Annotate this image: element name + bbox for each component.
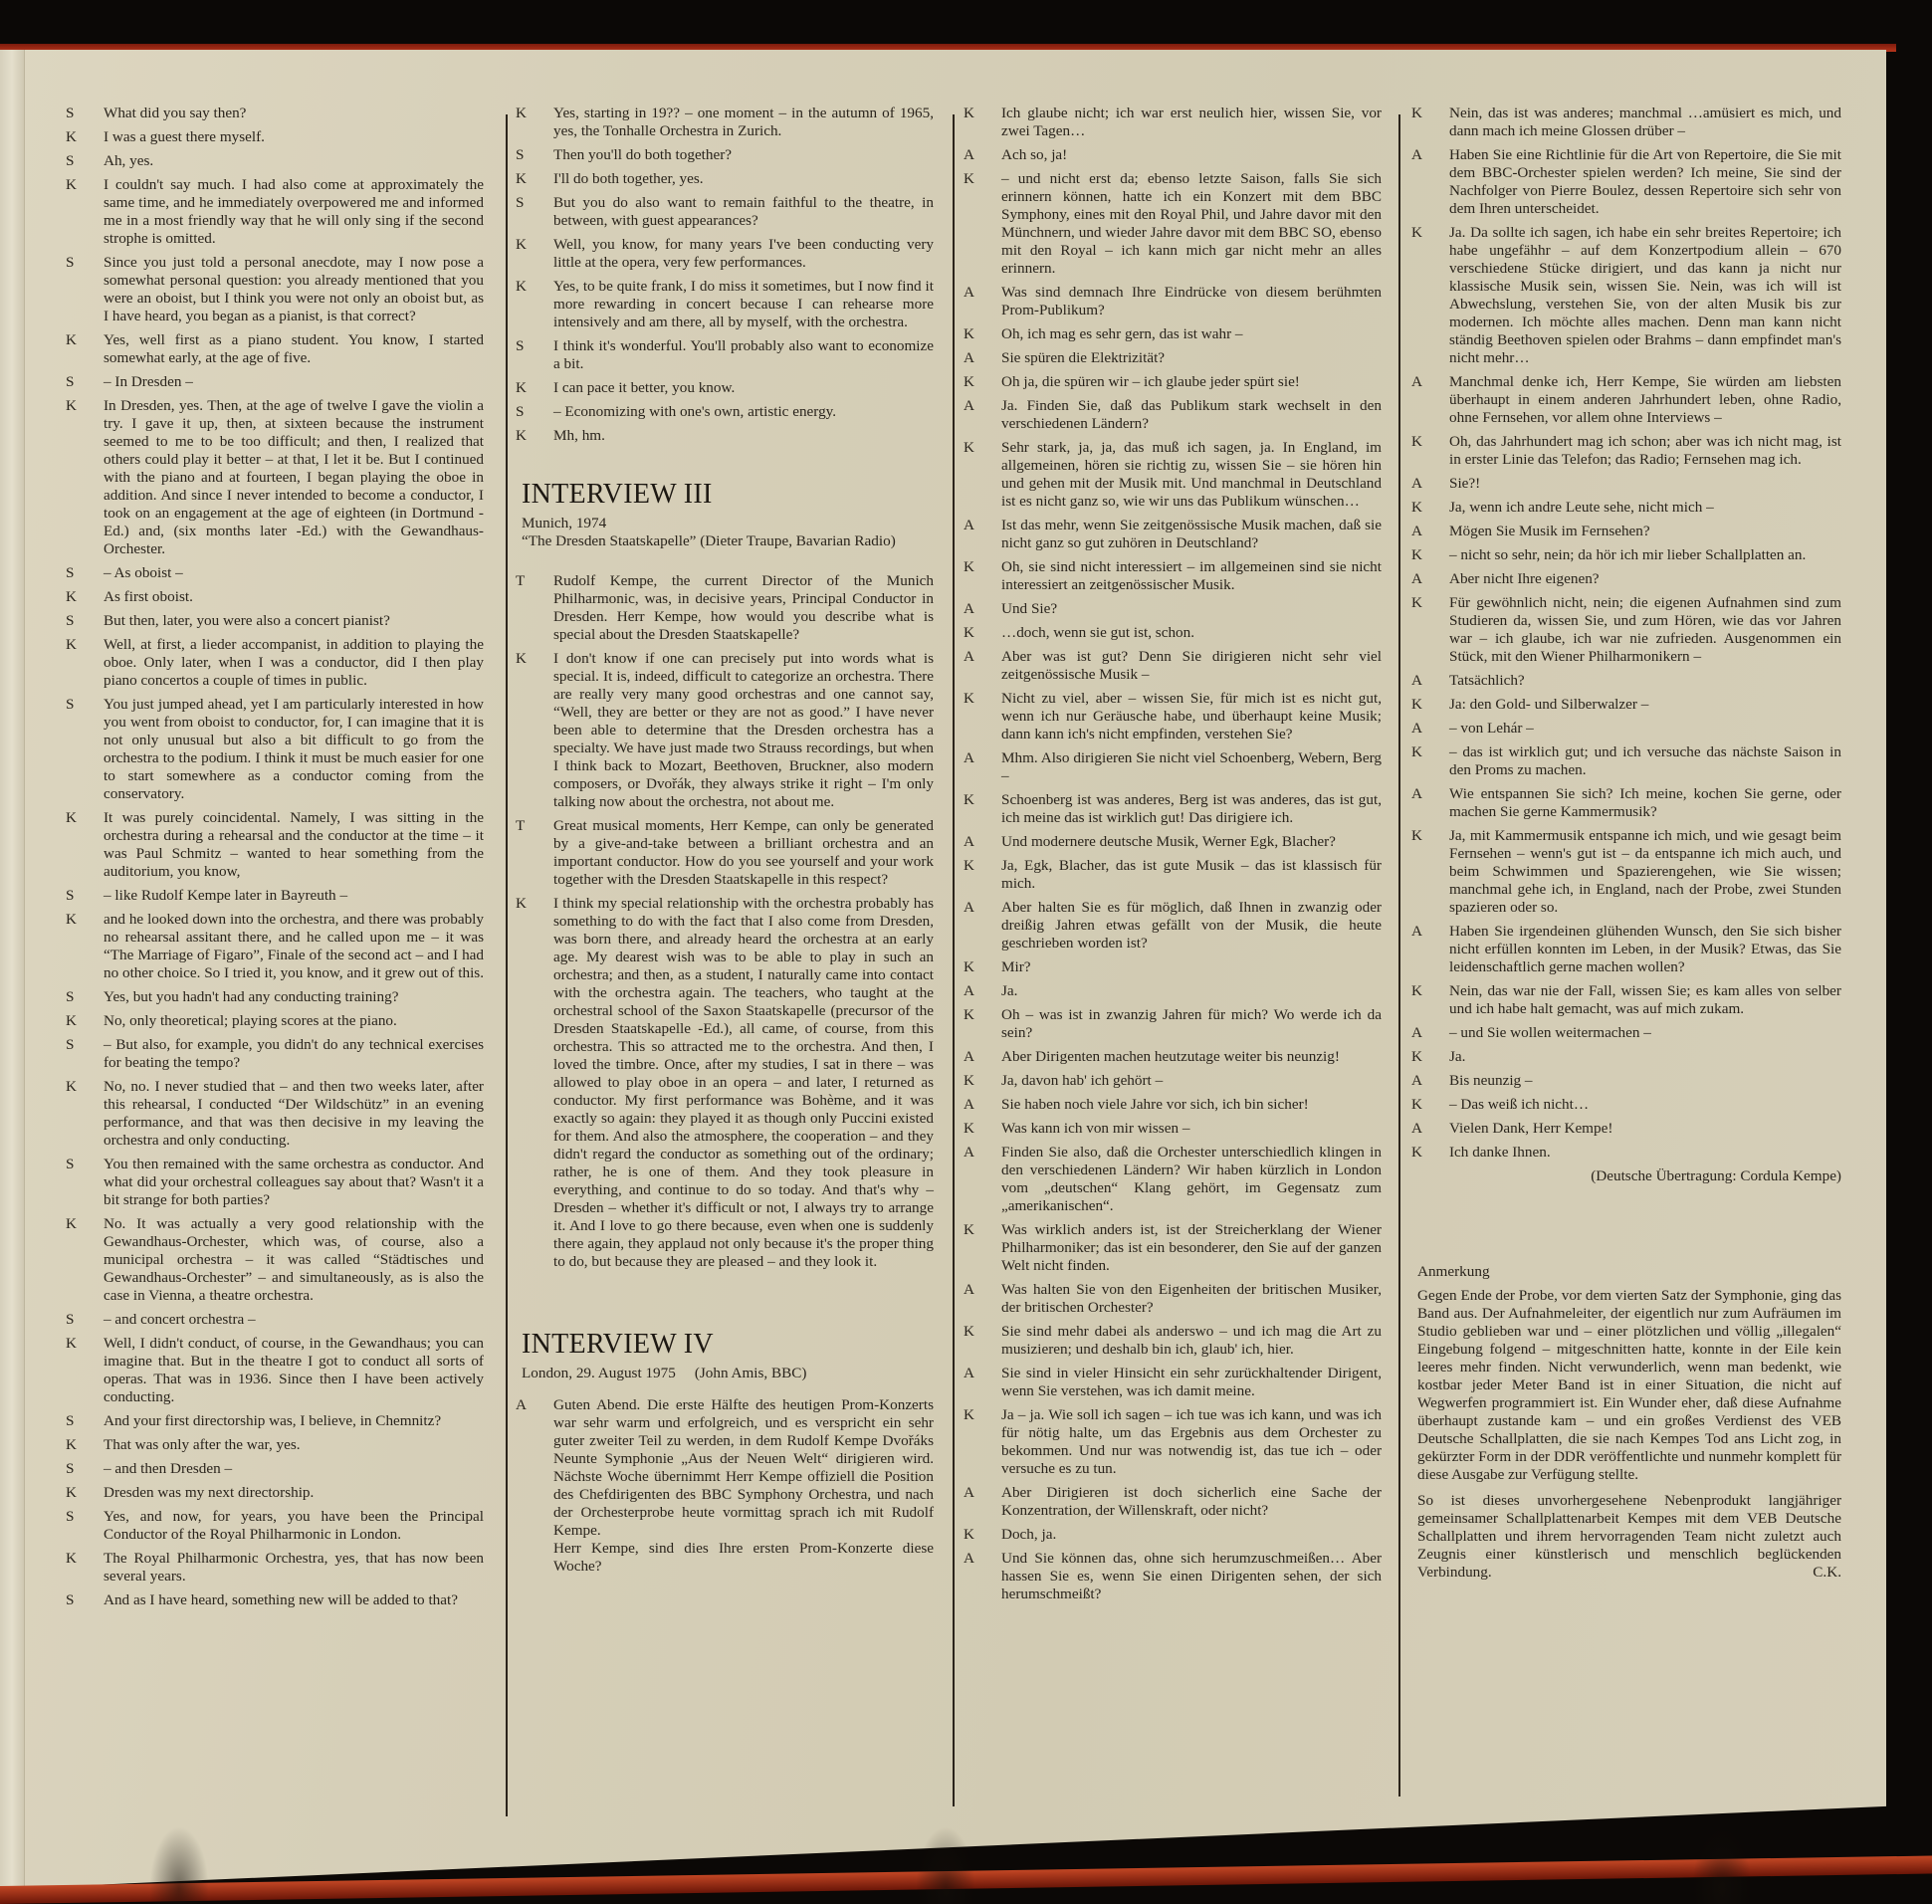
- speech-text: Aber halten Sie es für möglich, daß Ihne…: [1001, 899, 1382, 952]
- transcript-turn: SAh, yes.: [66, 152, 484, 170]
- speech-text: Guten Abend. Die erste Hälfte des heutig…: [553, 1396, 934, 1576]
- transcript-turn: AJa. Finden Sie, daß das Publikum stark …: [964, 397, 1382, 433]
- speaker-initial: A: [1411, 1024, 1449, 1042]
- speech-text: Ja. Finden Sie, daß das Publikum stark w…: [1001, 397, 1382, 433]
- transcript-turn: KYes, starting in 19?? – one moment – in…: [516, 105, 934, 140]
- speech-text: – and then Dresden –: [104, 1460, 484, 1478]
- speech-text: Ich glaube nicht; ich war erst neulich h…: [1001, 105, 1382, 140]
- transcript-turn: S– and concert orchestra –: [66, 1311, 484, 1329]
- speaker-initial: A: [964, 1550, 1001, 1603]
- speaker-initial: K: [964, 439, 1001, 511]
- transcript-turn: KNo, only theoretical; playing scores at…: [66, 1012, 484, 1030]
- speaker-initial: K: [66, 636, 104, 690]
- speech-text: Schoenberg ist was anderes, Berg ist was…: [1001, 791, 1382, 827]
- speaker-initial: S: [66, 612, 104, 630]
- speaker-initial: K: [66, 1335, 104, 1406]
- transcript-turn: ASie sind in vieler Hinsicht ein sehr zu…: [964, 1365, 1382, 1400]
- speech-text: Ich danke Ihnen.: [1449, 1144, 1841, 1162]
- interview-3-place-date: Munich, 1974: [522, 515, 934, 532]
- speech-text: Nein, das war nie der Fall, wissen Sie; …: [1449, 982, 1841, 1018]
- speech-text: Sie?!: [1449, 475, 1841, 493]
- speaker-initial: K: [1411, 594, 1449, 666]
- transcript-turn: KWas wirklich anders ist, ist der Streic…: [964, 1221, 1382, 1275]
- speaker-initial: K: [964, 373, 1001, 391]
- speech-text: Yes, but you hadn't had any conducting t…: [104, 988, 484, 1006]
- transcript-turn: SYes, but you hadn't had any conducting …: [66, 988, 484, 1006]
- speech-text: – and concert orchestra –: [104, 1311, 484, 1329]
- transcript-turns: KYes, starting in 19?? – one moment – in…: [516, 105, 934, 445]
- transcript-turn: AGuten Abend. Die erste Hälfte des heuti…: [516, 1396, 934, 1576]
- transcript-turn: KOh – was ist in zwanzig Jahren für mich…: [964, 1006, 1382, 1042]
- speaker-initial: A: [964, 1484, 1001, 1520]
- speech-text: Nein, das ist was anderes; manchmal …amü…: [1449, 105, 1841, 140]
- transcript-turn: KSie sind mehr dabei als anderswo – und …: [964, 1323, 1382, 1359]
- speech-text: Aber Dirigieren ist doch sicherlich eine…: [1001, 1484, 1382, 1520]
- speech-text: Was halten Sie von den Eigenheiten der b…: [1001, 1281, 1382, 1317]
- speaker-initial: K: [66, 1484, 104, 1502]
- transcript-turn: ASie spüren die Elektrizität?: [964, 349, 1382, 367]
- transcript-turn: KFür gewöhnlich nicht, nein; die eigenen…: [1411, 594, 1841, 666]
- speaker-initial: S: [66, 1156, 104, 1209]
- speech-text: Great musical moments, Herr Kempe, can o…: [553, 817, 934, 889]
- speech-text: Haben Sie irgendeinen glühenden Wunsch, …: [1449, 923, 1841, 976]
- speech-text: Haben Sie eine Richtlinie für die Art vo…: [1449, 146, 1841, 218]
- transcript-turn: AMhm. Also dirigieren Sie nicht viel Sch…: [964, 749, 1382, 785]
- speaker-initial: A: [1411, 570, 1449, 588]
- speech-text: I couldn't say much. I had also come at …: [104, 176, 484, 248]
- transcript-turn: KOh ja, die spüren wir – ich glaube jede…: [964, 373, 1382, 391]
- speech-text: Ah, yes.: [104, 152, 484, 170]
- transcript-turn: Kand he looked down into the orchestra, …: [66, 911, 484, 982]
- speaker-initial: A: [1411, 373, 1449, 427]
- finger-shadow: [1692, 1826, 1752, 1904]
- speech-text: Ja.: [1001, 982, 1382, 1000]
- speaker-initial: K: [1411, 1048, 1449, 1066]
- finger-shadow: [149, 1826, 209, 1904]
- finger-shadow: [916, 1826, 975, 1904]
- speech-text: I think it's wonderful. You'll probably …: [553, 337, 934, 373]
- speaker-initial: K: [516, 650, 553, 811]
- speaker-initial: A: [1411, 720, 1449, 738]
- speaker-initial: S: [66, 152, 104, 170]
- speaker-initial: K: [66, 1012, 104, 1030]
- transcript-turn: TRudolf Kempe, the current Director of t…: [516, 572, 934, 644]
- speech-text: You then remained with the same orchestr…: [104, 1156, 484, 1209]
- speaker-initial: K: [964, 958, 1001, 976]
- speaker-initial: A: [964, 749, 1001, 785]
- speaker-initial: K: [1411, 224, 1449, 367]
- transcript-turn: SYes, and now, for years, you have been …: [66, 1508, 484, 1544]
- note-paragraph-text: So ist dieses unvorhergesehene Nebenprod…: [1417, 1492, 1841, 1581]
- speech-text: Tatsächlich?: [1449, 672, 1841, 690]
- speaker-initial: K: [66, 1436, 104, 1454]
- speaker-initial: K: [1411, 1096, 1449, 1114]
- speaker-initial: A: [964, 284, 1001, 319]
- speech-text: Ja, wenn ich andre Leute sehe, nicht mic…: [1449, 499, 1841, 517]
- speech-text: Manchmal denke ich, Herr Kempe, Sie würd…: [1449, 373, 1841, 427]
- speech-text: Well, at first, a lieder accompanist, in…: [104, 636, 484, 690]
- transcript-turn: KWell, you know, for many years I've bee…: [516, 236, 934, 272]
- speaker-initial: K: [66, 128, 104, 146]
- speech-text: Oh, das Jahrhundert mag ich schon; aber …: [1449, 433, 1841, 469]
- transcript-turn: SAnd your first directorship was, I beli…: [66, 1412, 484, 1430]
- transcript-turn: ABis neunzig –: [1411, 1072, 1841, 1090]
- transcript-turn: K– Das weiß ich nicht…: [1411, 1096, 1841, 1114]
- speaker-initial: K: [964, 558, 1001, 594]
- speaker-initial: S: [66, 696, 104, 803]
- speaker-initial: K: [66, 176, 104, 248]
- speaker-initial: K: [964, 624, 1001, 642]
- speech-text: Doch, ja.: [1001, 1526, 1382, 1544]
- transcript-turn: AAber halten Sie es für möglich, daß Ihn…: [964, 899, 1382, 952]
- transcript-turn: KMh, hm.: [516, 427, 934, 445]
- speech-text: Sie spüren die Elektrizität?: [1001, 349, 1382, 367]
- speech-text: Sie sind mehr dabei als anderswo – und i…: [1001, 1323, 1382, 1359]
- transcript-turn: KI couldn't say much. I had also come at…: [66, 176, 484, 248]
- transcript-turn: KJa. Da sollte ich sagen, ich habe ein s…: [1411, 224, 1841, 367]
- speech-text: – But also, for example, you didn't do a…: [104, 1036, 484, 1072]
- speech-text: Yes, starting in 19?? – one moment – in …: [553, 105, 934, 140]
- transcript-turn: KWell, at first, a lieder accompanist, i…: [66, 636, 484, 690]
- speech-text: In Dresden, yes. Then, at the age of twe…: [104, 397, 484, 558]
- speech-text: and he looked down into the orchestra, a…: [104, 911, 484, 982]
- transcript-turn: KAs first oboist.: [66, 588, 484, 606]
- transcript-turn: K– und nicht erst da; ebenso letzte Sais…: [964, 170, 1382, 278]
- speech-text: That was only after the war, yes.: [104, 1436, 484, 1454]
- speech-text: Aber was ist gut? Denn Sie dirigieren ni…: [1001, 648, 1382, 684]
- transcript-turn: SBut you do also want to remain faithful…: [516, 194, 934, 230]
- speech-text: It was purely coincidental. Namely, I wa…: [104, 809, 484, 881]
- speaker-initial: A: [1411, 146, 1449, 218]
- speech-text: …doch, wenn sie gut ist, schon.: [1001, 624, 1382, 642]
- speech-text: Yes, and now, for years, you have been t…: [104, 1508, 484, 1544]
- transcript-turn: SI think it's wonderful. You'll probably…: [516, 337, 934, 373]
- transcript-turn: SAnd as I have heard, something new will…: [66, 1591, 484, 1609]
- transcript-turn: KI think my special relationship with th…: [516, 895, 934, 1271]
- speech-text: Rudolf Kempe, the current Director of th…: [553, 572, 934, 644]
- speech-text: Nicht zu viel, aber – wissen Sie, für mi…: [1001, 690, 1382, 743]
- speech-text: Dresden was my next directorship.: [104, 1484, 484, 1502]
- transcript-turn: AIst das mehr, wenn Sie zeitgenössische …: [964, 517, 1382, 552]
- transcript-turn: AJa.: [964, 982, 1382, 1000]
- transcript-turn: AWas sind demnach Ihre Eindrücke von die…: [964, 284, 1382, 319]
- transcript-turn: KWas kann ich von mir wissen –: [964, 1120, 1382, 1138]
- transcript-turns: KNein, das ist was anderes; manchmal …am…: [1411, 105, 1841, 1162]
- transcript-turn: TGreat musical moments, Herr Kempe, can …: [516, 817, 934, 889]
- speaker-initial: K: [66, 1215, 104, 1305]
- speech-text: Bis neunzig –: [1449, 1072, 1841, 1090]
- speech-text: But you do also want to remain faithful …: [553, 194, 934, 230]
- transcript-turn: AFinden Sie also, daß die Orchester unte…: [964, 1144, 1382, 1215]
- speaker-initial: S: [66, 1591, 104, 1609]
- speaker-initial: K: [66, 809, 104, 881]
- transcript-turn: SBut then, later, you were also a concer…: [66, 612, 484, 630]
- speech-text: Und Sie?: [1001, 600, 1382, 618]
- transcript-turn: K…doch, wenn sie gut ist, schon.: [964, 624, 1382, 642]
- speech-text: – Economizing with one's own, artistic e…: [553, 403, 934, 421]
- transcript-turn: AAber Dirigieren ist doch sicherlich ein…: [964, 1484, 1382, 1520]
- speech-text: Ja, davon hab' ich gehört –: [1001, 1072, 1382, 1090]
- speech-text: – von Lehár –: [1449, 720, 1841, 738]
- speaker-initial: K: [66, 397, 104, 558]
- speaker-initial: T: [516, 817, 553, 889]
- transcript-turn: KJa.: [1411, 1048, 1841, 1066]
- speech-text: Ja. Da sollte ich sagen, ich habe ein se…: [1449, 224, 1841, 367]
- speaker-initial: K: [66, 1078, 104, 1150]
- transcript-turn: KWell, I didn't conduct, of course, in t…: [66, 1335, 484, 1406]
- speech-text: Oh, sie sind nicht interessiert – im all…: [1001, 558, 1382, 594]
- speaker-initial: K: [516, 236, 553, 272]
- transcript-turn: KJa, wenn ich andre Leute sehe, nicht mi…: [1411, 499, 1841, 517]
- transcript-turn: AWie entspannen Sie sich? Ich meine, koc…: [1411, 785, 1841, 821]
- speech-text: – Das weiß ich nicht…: [1449, 1096, 1841, 1114]
- speaker-initial: K: [1411, 743, 1449, 779]
- speaker-initial: K: [1411, 1144, 1449, 1162]
- transcript-turn: S– As oboist –: [66, 564, 484, 582]
- column-3: KIch glaube nicht; ich war erst neulich …: [964, 105, 1382, 1609]
- column-2: KYes, starting in 19?? – one moment – in…: [516, 105, 934, 1582]
- speech-text: As first oboist.: [104, 588, 484, 606]
- column-divider: [506, 114, 508, 1816]
- speaker-initial: S: [66, 105, 104, 122]
- speaker-initial: K: [516, 895, 553, 1271]
- speech-text: You just jumped ahead, yet I am particul…: [104, 696, 484, 803]
- speech-text: Aber nicht Ihre eigenen?: [1449, 570, 1841, 588]
- speech-text: Ja, Egk, Blacher, das ist gute Musik – d…: [1001, 857, 1382, 893]
- transcript-turn: KNein, das war nie der Fall, wissen Sie;…: [1411, 982, 1841, 1018]
- speech-text: And as I have heard, something new will …: [104, 1591, 484, 1609]
- interview-4-title: INTERVIEW IV: [522, 1329, 934, 1361]
- speaker-initial: K: [516, 170, 553, 188]
- transcript-turn: KNein, das ist was anderes; manchmal …am…: [1411, 105, 1841, 140]
- transcript-turn: A– von Lehár –: [1411, 720, 1841, 738]
- transcript-turn: AManchmal denke ich, Herr Kempe, Sie wür…: [1411, 373, 1841, 427]
- speaker-initial: K: [964, 857, 1001, 893]
- speaker-initial: A: [1411, 923, 1449, 976]
- speech-text: Oh – was ist in zwanzig Jahren für mich?…: [1001, 1006, 1382, 1042]
- speech-text: Well, you know, for many years I've been…: [553, 236, 934, 272]
- speaker-initial: K: [516, 105, 553, 140]
- transcript-turns: TRudolf Kempe, the current Director of t…: [516, 572, 934, 1271]
- speech-text: The Royal Philharmonic Orchestra, yes, t…: [104, 1550, 484, 1586]
- speaker-initial: K: [66, 588, 104, 606]
- speaker-initial: A: [1411, 523, 1449, 540]
- speech-text: Mh, hm.: [553, 427, 934, 445]
- transcript-turn: AUnd modernere deutsche Musik, Werner Eg…: [964, 833, 1382, 851]
- speaker-initial: K: [964, 690, 1001, 743]
- transcript-turn: KIn Dresden, yes. Then, at the age of tw…: [66, 397, 484, 558]
- speech-text: – das ist wirklich gut; und ich versuche…: [1449, 743, 1841, 779]
- speaker-initial: K: [1411, 546, 1449, 564]
- speech-text: – nicht so sehr, nein; da hör ich mir li…: [1449, 546, 1841, 564]
- speaker-initial: A: [964, 397, 1001, 433]
- speech-text: I don't know if one can precisely put in…: [553, 650, 934, 811]
- transcript-turn: SSince you just told a personal anecdote…: [66, 254, 484, 325]
- speaker-initial: A: [964, 517, 1001, 552]
- speaker-initial: A: [964, 1144, 1001, 1215]
- transcript-turn: SWhat did you say then?: [66, 105, 484, 122]
- speech-text: Was sind demnach Ihre Eindrücke von dies…: [1001, 284, 1382, 319]
- transcript-turn: AWas halten Sie von den Eigenheiten der …: [964, 1281, 1382, 1317]
- speaker-initial: A: [964, 1281, 1001, 1317]
- transcript-turn: S– and then Dresden –: [66, 1460, 484, 1478]
- interview-4-place-date: London, 29. August 1975 (John Amis, BBC): [522, 1365, 934, 1382]
- speaker-initial: A: [964, 600, 1001, 618]
- speaker-initial: S: [516, 337, 553, 373]
- speaker-initial: A: [964, 1096, 1001, 1114]
- transcript-turn: AUnd Sie?: [964, 600, 1382, 618]
- speaker-initial: A: [1411, 672, 1449, 690]
- page-spine: [0, 50, 25, 1889]
- speaker-initial: K: [66, 331, 104, 367]
- transcript-turn: KJa, davon hab' ich gehört –: [964, 1072, 1382, 1090]
- speech-text: Ja – ja. Wie soll ich sagen – ich tue wa…: [1001, 1406, 1382, 1478]
- speech-text: Ist das mehr, wenn Sie zeitgenössische M…: [1001, 517, 1382, 552]
- speaker-initial: S: [516, 403, 553, 421]
- interview-3-meta: Munich, 1974 “The Dresden Staatskapelle”…: [522, 515, 934, 550]
- transcript-turn: KIt was purely coincidental. Namely, I w…: [66, 809, 484, 881]
- speaker-initial: K: [964, 791, 1001, 827]
- speaker-initial: K: [964, 1221, 1001, 1275]
- speech-text: Mhm. Also dirigieren Sie nicht viel Scho…: [1001, 749, 1382, 785]
- transcript-turn: KIch glaube nicht; ich war erst neulich …: [964, 105, 1382, 140]
- speaker-initial: A: [964, 1365, 1001, 1400]
- transcript-turn: ASie?!: [1411, 475, 1841, 493]
- speech-text: No, only theoretical; playing scores at …: [104, 1012, 484, 1030]
- speaker-initial: S: [66, 887, 104, 905]
- note-paragraph: Gegen Ende der Probe, vor dem vierten Sa…: [1417, 1287, 1841, 1484]
- speech-text: Since you just told a personal anecdote,…: [104, 254, 484, 325]
- speech-text: Ja, mit Kammermusik entspanne ich mich, …: [1449, 827, 1841, 917]
- speech-text: Wie entspannen Sie sich? Ich meine, koch…: [1449, 785, 1841, 821]
- speaker-initial: K: [516, 278, 553, 331]
- speech-text: Sie haben noch viele Jahre vor sich, ich…: [1001, 1096, 1382, 1114]
- speaker-initial: A: [1411, 475, 1449, 493]
- speaker-initial: S: [66, 1412, 104, 1430]
- speech-text: Und Sie können das, ohne sich herumzusch…: [1001, 1550, 1382, 1603]
- speaker-initial: K: [1411, 499, 1449, 517]
- speech-text: – As oboist –: [104, 564, 484, 582]
- speaker-initial: S: [66, 564, 104, 582]
- note-paragraph: So ist dieses unvorhergesehene Nebenprod…: [1417, 1492, 1841, 1582]
- speech-text: Und modernere deutsche Musik, Werner Egk…: [1001, 833, 1382, 851]
- speaker-initial: A: [1411, 785, 1449, 821]
- transcript-turn: KOh, das Jahrhundert mag ich schon; aber…: [1411, 433, 1841, 469]
- speaker-initial: A: [964, 146, 1001, 164]
- speech-text: Was kann ich von mir wissen –: [1001, 1120, 1382, 1138]
- speaker-initial: K: [1411, 696, 1449, 714]
- interview-3-source: “The Dresden Staatskapelle” (Dieter Trau…: [522, 532, 934, 550]
- speaker-initial: A: [1411, 1120, 1449, 1138]
- transcript-turn: KNicht zu viel, aber – wissen Sie, für m…: [964, 690, 1382, 743]
- speaker-initial: S: [66, 1508, 104, 1544]
- speaker-initial: K: [1411, 105, 1449, 140]
- speaker-initial: A: [964, 648, 1001, 684]
- speech-text: Oh ja, die spüren wir – ich glaube jeder…: [1001, 373, 1382, 391]
- transcript-turn: KJa: den Gold- und Silberwalzer –: [1411, 696, 1841, 714]
- speaker-initial: K: [964, 105, 1001, 140]
- speaker-initial: K: [964, 1406, 1001, 1478]
- transcript-turn: KI was a guest there myself.: [66, 128, 484, 146]
- note-title: Anmerkung: [1417, 1263, 1841, 1281]
- speech-text: And your first directorship was, I belie…: [104, 1412, 484, 1430]
- transcript-turn: KThe Royal Philharmonic Orchestra, yes, …: [66, 1550, 484, 1586]
- speech-text: Sie sind in vieler Hinsicht ein sehr zur…: [1001, 1365, 1382, 1400]
- speaker-initial: K: [964, 170, 1001, 278]
- speaker-initial: A: [964, 899, 1001, 952]
- transcript-turn: KDresden was my next directorship.: [66, 1484, 484, 1502]
- speech-text: – und nicht erst da; ebenso letzte Saiso…: [1001, 170, 1382, 278]
- column-divider: [953, 114, 955, 1806]
- speaker-initial: A: [964, 982, 1001, 1000]
- column-4: KNein, das ist was anderes; manchmal …am…: [1411, 105, 1841, 1589]
- speaker-initial: K: [516, 427, 553, 445]
- transcript-turn: A– und Sie wollen weitermachen –: [1411, 1024, 1841, 1042]
- speech-text: Ja.: [1449, 1048, 1841, 1066]
- speech-text: What did you say then?: [104, 105, 484, 122]
- transcript-turn: KJa, Egk, Blacher, das ist gute Musik – …: [964, 857, 1382, 893]
- transcript-turn: KYes, to be quite frank, I do miss it so…: [516, 278, 934, 331]
- speaker-initial: K: [1411, 433, 1449, 469]
- speaker-initial: K: [66, 1550, 104, 1586]
- speaker-initial: K: [1411, 982, 1449, 1018]
- speech-text: Finden Sie also, daß die Orchester unter…: [1001, 1144, 1382, 1215]
- speech-text: But then, later, you were also a concert…: [104, 612, 484, 630]
- speaker-initial: S: [66, 254, 104, 325]
- speech-text: – like Rudolf Kempe later in Bayreuth –: [104, 887, 484, 905]
- transcript-turn: KOh, sie sind nicht interessiert – im al…: [964, 558, 1382, 594]
- transcript-turn: KJa, mit Kammermusik entspanne ich mich,…: [1411, 827, 1841, 917]
- speaker-initial: K: [964, 1006, 1001, 1042]
- transcript-turn: KNo. It was actually a very good relatio…: [66, 1215, 484, 1305]
- transcript-turn: ASie haben noch viele Jahre vor sich, ic…: [964, 1096, 1382, 1114]
- transcript-turn: KMir?: [964, 958, 1382, 976]
- speaker-initial: A: [964, 1048, 1001, 1066]
- transcript-turn: KSehr stark, ja, ja, das muß ich sagen, …: [964, 439, 1382, 511]
- transcript-turn: S– But also, for example, you didn't do …: [66, 1036, 484, 1072]
- speaker-initial: K: [516, 379, 553, 397]
- speech-text: Aber Dirigenten machen heutzutage weiter…: [1001, 1048, 1382, 1066]
- speaker-initial: K: [66, 911, 104, 982]
- speech-text: Yes, to be quite frank, I do miss it som…: [553, 278, 934, 331]
- speech-text: I was a guest there myself.: [104, 128, 484, 146]
- transcript-turn: AAber Dirigenten machen heutzutage weite…: [964, 1048, 1382, 1066]
- transcript-turn: AHaben Sie irgendeinen glühenden Wunsch,…: [1411, 923, 1841, 976]
- transcript-turn: AAber nicht Ihre eigenen?: [1411, 570, 1841, 588]
- speech-text: Yes, well first as a piano student. You …: [104, 331, 484, 367]
- speaker-initial: K: [964, 325, 1001, 343]
- speech-text: I think my special relationship with the…: [553, 895, 934, 1271]
- column-1: SWhat did you say then?KI was a guest th…: [66, 105, 484, 1615]
- transcript-turn: AAch so, ja!: [964, 146, 1382, 164]
- transcript-turn: KI'll do both together, yes.: [516, 170, 934, 188]
- transcript-turn: S– Economizing with one's own, artistic …: [516, 403, 934, 421]
- speaker-initial: T: [516, 572, 553, 644]
- speaker-initial: S: [66, 1036, 104, 1072]
- speech-text: Mögen Sie Musik im Fernsehen?: [1449, 523, 1841, 540]
- note-signature: C.K.: [1813, 1564, 1841, 1582]
- transcript-turn: KJa – ja. Wie soll ich sagen – ich tue w…: [964, 1406, 1382, 1478]
- speaker-initial: K: [1411, 827, 1449, 917]
- transcript-turn: AUnd Sie können das, ohne sich herumzusc…: [964, 1550, 1382, 1603]
- interview-3-title: INTERVIEW III: [522, 479, 934, 511]
- column-divider: [1398, 114, 1400, 1797]
- transcript-turn: KYes, well first as a piano student. You…: [66, 331, 484, 367]
- transcript-turn: KIch danke Ihnen.: [1411, 1144, 1841, 1162]
- speech-text: – und Sie wollen weitermachen –: [1449, 1024, 1841, 1042]
- speaker-initial: K: [964, 1526, 1001, 1544]
- speaker-initial: A: [964, 833, 1001, 851]
